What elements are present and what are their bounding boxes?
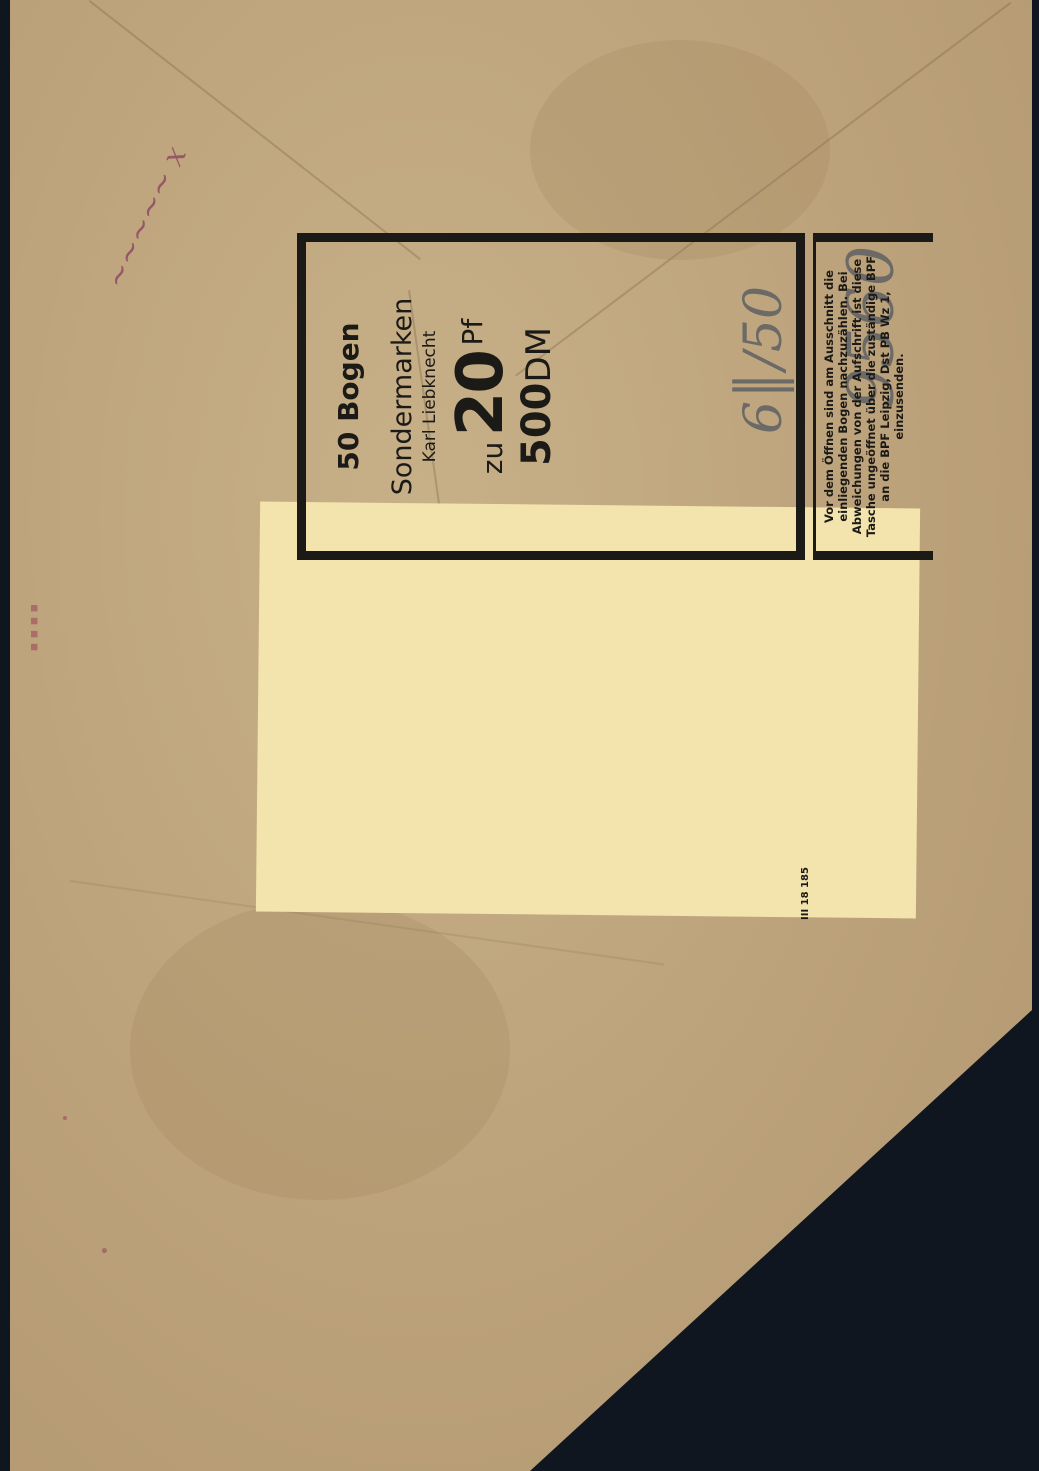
face-value: zu 20 Pf (444, 242, 518, 551)
violet-manuscript-mark: ~~~~~ x (98, 141, 194, 294)
violet-stamp-faint: ▪ ▪ ▪ ▪ (26, 604, 41, 652)
total-amount: 500DM (514, 242, 560, 551)
label-serial-number: III 18 185 (800, 867, 811, 920)
paper-stain (130, 900, 510, 1200)
instruction-notice: Vor dem Öffnen sind am Ausschnitt die ei… (813, 233, 933, 560)
label-content: 50 Bogen Sondermarken Karl Liebknecht zu… (297, 225, 857, 560)
stamp-subject: Karl Liebknecht (420, 242, 440, 551)
violet-ink-dot: • (58, 1114, 74, 1122)
violet-ink-dot: • (95, 1245, 116, 1256)
label-frame: 50 Bogen Sondermarken Karl Liebknecht zu… (297, 233, 805, 560)
sheet-count: 50 Bogen (332, 242, 365, 551)
sheet-count-label (256, 502, 920, 919)
stamp-type: Sondermarken (387, 242, 418, 551)
